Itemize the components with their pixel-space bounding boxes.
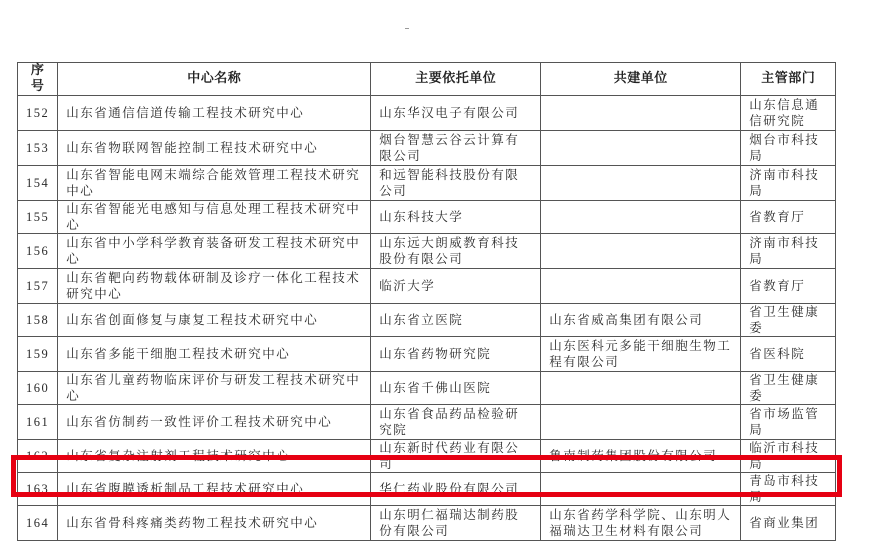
cell-department: 济南市科技局 [741, 166, 836, 201]
cell-center-name: 山东省通信信道传输工程技术研究中心 [58, 96, 371, 131]
cell-host-unit: 山东省千佛山医院 [371, 372, 541, 405]
cell-host-unit: 山东省立医院 [371, 304, 541, 337]
cell-host-unit: 和远智能科技股份有限公司 [371, 166, 541, 201]
cell-co-builder [541, 405, 741, 440]
cell-serial: 155 [18, 201, 58, 234]
table-row: 159 山东省多能干细胞工程技术研究中心 山东省药物研究院 山东医科元多能干细胞… [18, 337, 836, 372]
table-row: 164 山东省骨科疼痛类药物工程技术研究中心 山东明仁福瑞达制药股份有限公司 山… [18, 506, 836, 541]
cell-center-name: 山东省多能干细胞工程技术研究中心 [58, 337, 371, 372]
cell-department: 省教育厅 [741, 269, 836, 304]
cell-host-unit: 山东省药物研究院 [371, 337, 541, 372]
cell-center-name: 山东省骨科疼痛类药物工程技术研究中心 [58, 506, 371, 541]
cell-host-unit: 山东科技大学 [371, 201, 541, 234]
cell-serial: 160 [18, 372, 58, 405]
header-host-unit: 主要依托单位 [371, 63, 541, 96]
cell-department: 省商业集团 [741, 506, 836, 541]
cell-department: 济南市科技局 [741, 234, 836, 269]
cell-serial: 153 [18, 131, 58, 166]
cell-department: 省教育厅 [741, 201, 836, 234]
cell-host-unit: 山东省食品药品检验研究院 [371, 405, 541, 440]
cell-department: 省医科院 [741, 337, 836, 372]
table-row: 155 山东省智能光电感知与信息处理工程技术研究中心 山东科技大学 省教育厅 [18, 201, 836, 234]
cell-center-name: 山东省仿制药一致性评价工程技术研究中心 [58, 405, 371, 440]
cell-center-name: 山东省物联网智能控制工程技术研究中心 [58, 131, 371, 166]
table-row: 153 山东省物联网智能控制工程技术研究中心 烟台智慧云谷云计算有限公司 烟台市… [18, 131, 836, 166]
cell-co-builder [541, 234, 741, 269]
table-row: 152 山东省通信信道传输工程技术研究中心 山东华汉电子有限公司 山东信息通信研… [18, 96, 836, 131]
cell-center-name: 山东省靶向药物载体研制及诊疗一体化工程技术研究中心 [58, 269, 371, 304]
cell-center-name: 山东省中小学科学教育装备研发工程技术研究中心 [58, 234, 371, 269]
cell-serial: 161 [18, 405, 58, 440]
cell-co-builder [541, 372, 741, 405]
cell-co-builder: 山东医科元多能干细胞生物工程有限公司 [541, 337, 741, 372]
cell-department: 山东信息通信研究院 [741, 96, 836, 131]
header-co-builder: 共建单位 [541, 63, 741, 96]
cell-department: 烟台市科技局 [741, 131, 836, 166]
table-row: 156 山东省中小学科学教育装备研发工程技术研究中心 山东远大朗威教育科技股份有… [18, 234, 836, 269]
cell-co-builder: 山东省威高集团有限公司 [541, 304, 741, 337]
cell-serial: 154 [18, 166, 58, 201]
cell-host-unit: 山东远大朗威教育科技股份有限公司 [371, 234, 541, 269]
cell-serial: 152 [18, 96, 58, 131]
cell-serial: 159 [18, 337, 58, 372]
cell-center-name: 山东省智能光电感知与信息处理工程技术研究中心 [58, 201, 371, 234]
header-serial: 序号 [18, 63, 58, 96]
cell-host-unit: 临沂大学 [371, 269, 541, 304]
red-highlight-box [11, 455, 842, 497]
table-row: 154 山东省智能电网末端综合能效管理工程技术研究中心 和远智能科技股份有限公司… [18, 166, 836, 201]
cell-serial: 157 [18, 269, 58, 304]
cell-serial: 158 [18, 304, 58, 337]
table-header-row: 序号 中心名称 主要依托单位 共建单位 主管部门 [18, 63, 836, 96]
cell-serial: 156 [18, 234, 58, 269]
header-department: 主管部门 [741, 63, 836, 96]
cell-co-builder [541, 201, 741, 234]
cell-co-builder [541, 96, 741, 131]
table-row: 158 山东省创面修复与康复工程技术研究中心 山东省立医院 山东省威高集团有限公… [18, 304, 836, 337]
cell-center-name: 山东省智能电网末端综合能效管理工程技术研究中心 [58, 166, 371, 201]
cell-department: 省市场监管局 [741, 405, 836, 440]
cell-center-name: 山东省儿童药物临床评价与研发工程技术研究中心 [58, 372, 371, 405]
table-row: 157 山东省靶向药物载体研制及诊疗一体化工程技术研究中心 临沂大学 省教育厅 [18, 269, 836, 304]
cell-serial: 164 [18, 506, 58, 541]
table-row: 161 山东省仿制药一致性评价工程技术研究中心 山东省食品药品检验研究院 省市场… [18, 405, 836, 440]
cell-department: 省卫生健康委 [741, 304, 836, 337]
header-center-name: 中心名称 [58, 63, 371, 96]
table-row: 160 山东省儿童药物临床评价与研发工程技术研究中心 山东省千佛山医院 省卫生健… [18, 372, 836, 405]
cell-host-unit: 山东华汉电子有限公司 [371, 96, 541, 131]
cell-co-builder: 山东省药学科学院、山东明人福瑞达卫生材料有限公司 [541, 506, 741, 541]
cell-co-builder [541, 269, 741, 304]
cell-host-unit: 山东明仁福瑞达制药股份有限公司 [371, 506, 541, 541]
cell-co-builder [541, 166, 741, 201]
cell-department: 省卫生健康委 [741, 372, 836, 405]
cell-co-builder [541, 131, 741, 166]
cell-host-unit: 烟台智慧云谷云计算有限公司 [371, 131, 541, 166]
cell-center-name: 山东省创面修复与康复工程技术研究中心 [58, 304, 371, 337]
scan-speck [405, 28, 409, 29]
